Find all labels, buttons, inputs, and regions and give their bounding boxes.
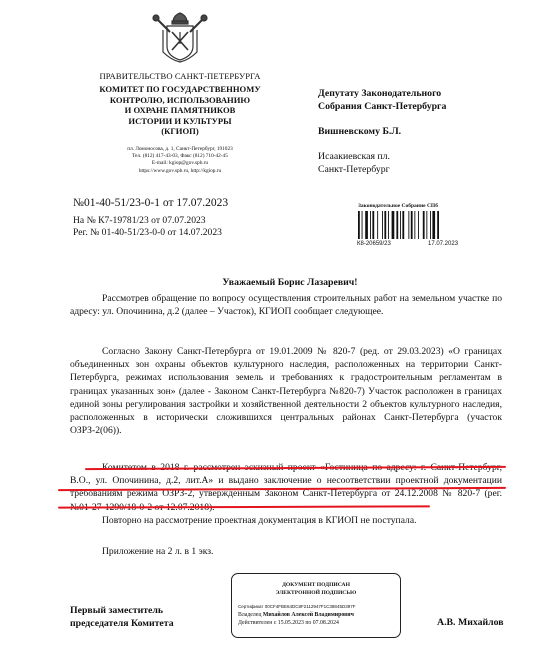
certificate-validity: Действителен с 15.05.2023 по 07.08.2024 [238, 620, 339, 626]
outgoing-number: №01-40-51/23-0-1 от 17.07.2023 [73, 197, 228, 209]
government-name: ПРАВИТЕЛЬСТВО САНКТ-ПЕТЕРБУРГА [60, 71, 300, 81]
reference-numbers: На № К7-19781/23 от 07.07.2023 Рег. № 01… [73, 215, 222, 239]
greeting: Уважаемый Борис Лазаревич! [50, 277, 530, 288]
paragraph-4: Повторно на рассмотрение проектная докум… [70, 514, 502, 527]
signatory-role: Первый заместитель председателя Комитета [70, 604, 174, 630]
coat-of-arms-icon [150, 10, 210, 66]
certificate-id: Сертификат 00CF4FBE64DC8F2112947F1C38845… [238, 604, 355, 609]
barcode-date: 17.07.2023 [428, 241, 458, 247]
paragraph-2: Согласно Закону Санкт-Петербурга от 19.0… [70, 345, 502, 437]
recipient-position: Депутату Законодательного Собрания Санкт… [318, 87, 446, 113]
committee-contacts: пл. Ломоносова, д. 1, Санкт-Петербург, 1… [60, 146, 300, 175]
electronic-signature-stamp: ДОКУМЕНТ ПОДПИСАН ЭЛЕКТРОННОЙ ПОДПИСЬЮ С… [231, 573, 401, 638]
attachment-note: Приложение на 2 л. в 1 экз. [102, 546, 213, 557]
signatory-name: А.В. Михайлов [437, 617, 504, 628]
certificate-owner: Владелец Михайлов Алексей Владимирович [238, 612, 354, 618]
recipient-address: Исаакиевская пл. Санкт-Петербург [318, 150, 390, 177]
committee-name: КОМИТЕТ ПО ГОСУДАРСТВЕННОМУ КОНТРОЛЮ, ИС… [60, 84, 300, 137]
paragraph-1: Рассмотрев обращение по вопросу осуществ… [70, 292, 502, 318]
barcode-number: К8-20659/23 [357, 241, 391, 247]
barcode-stamp-title: Законодательное Собрание СПб [358, 203, 438, 209]
recipient-name: Вишневскому Б.Л. [318, 126, 401, 137]
barcode-icon [357, 211, 467, 239]
